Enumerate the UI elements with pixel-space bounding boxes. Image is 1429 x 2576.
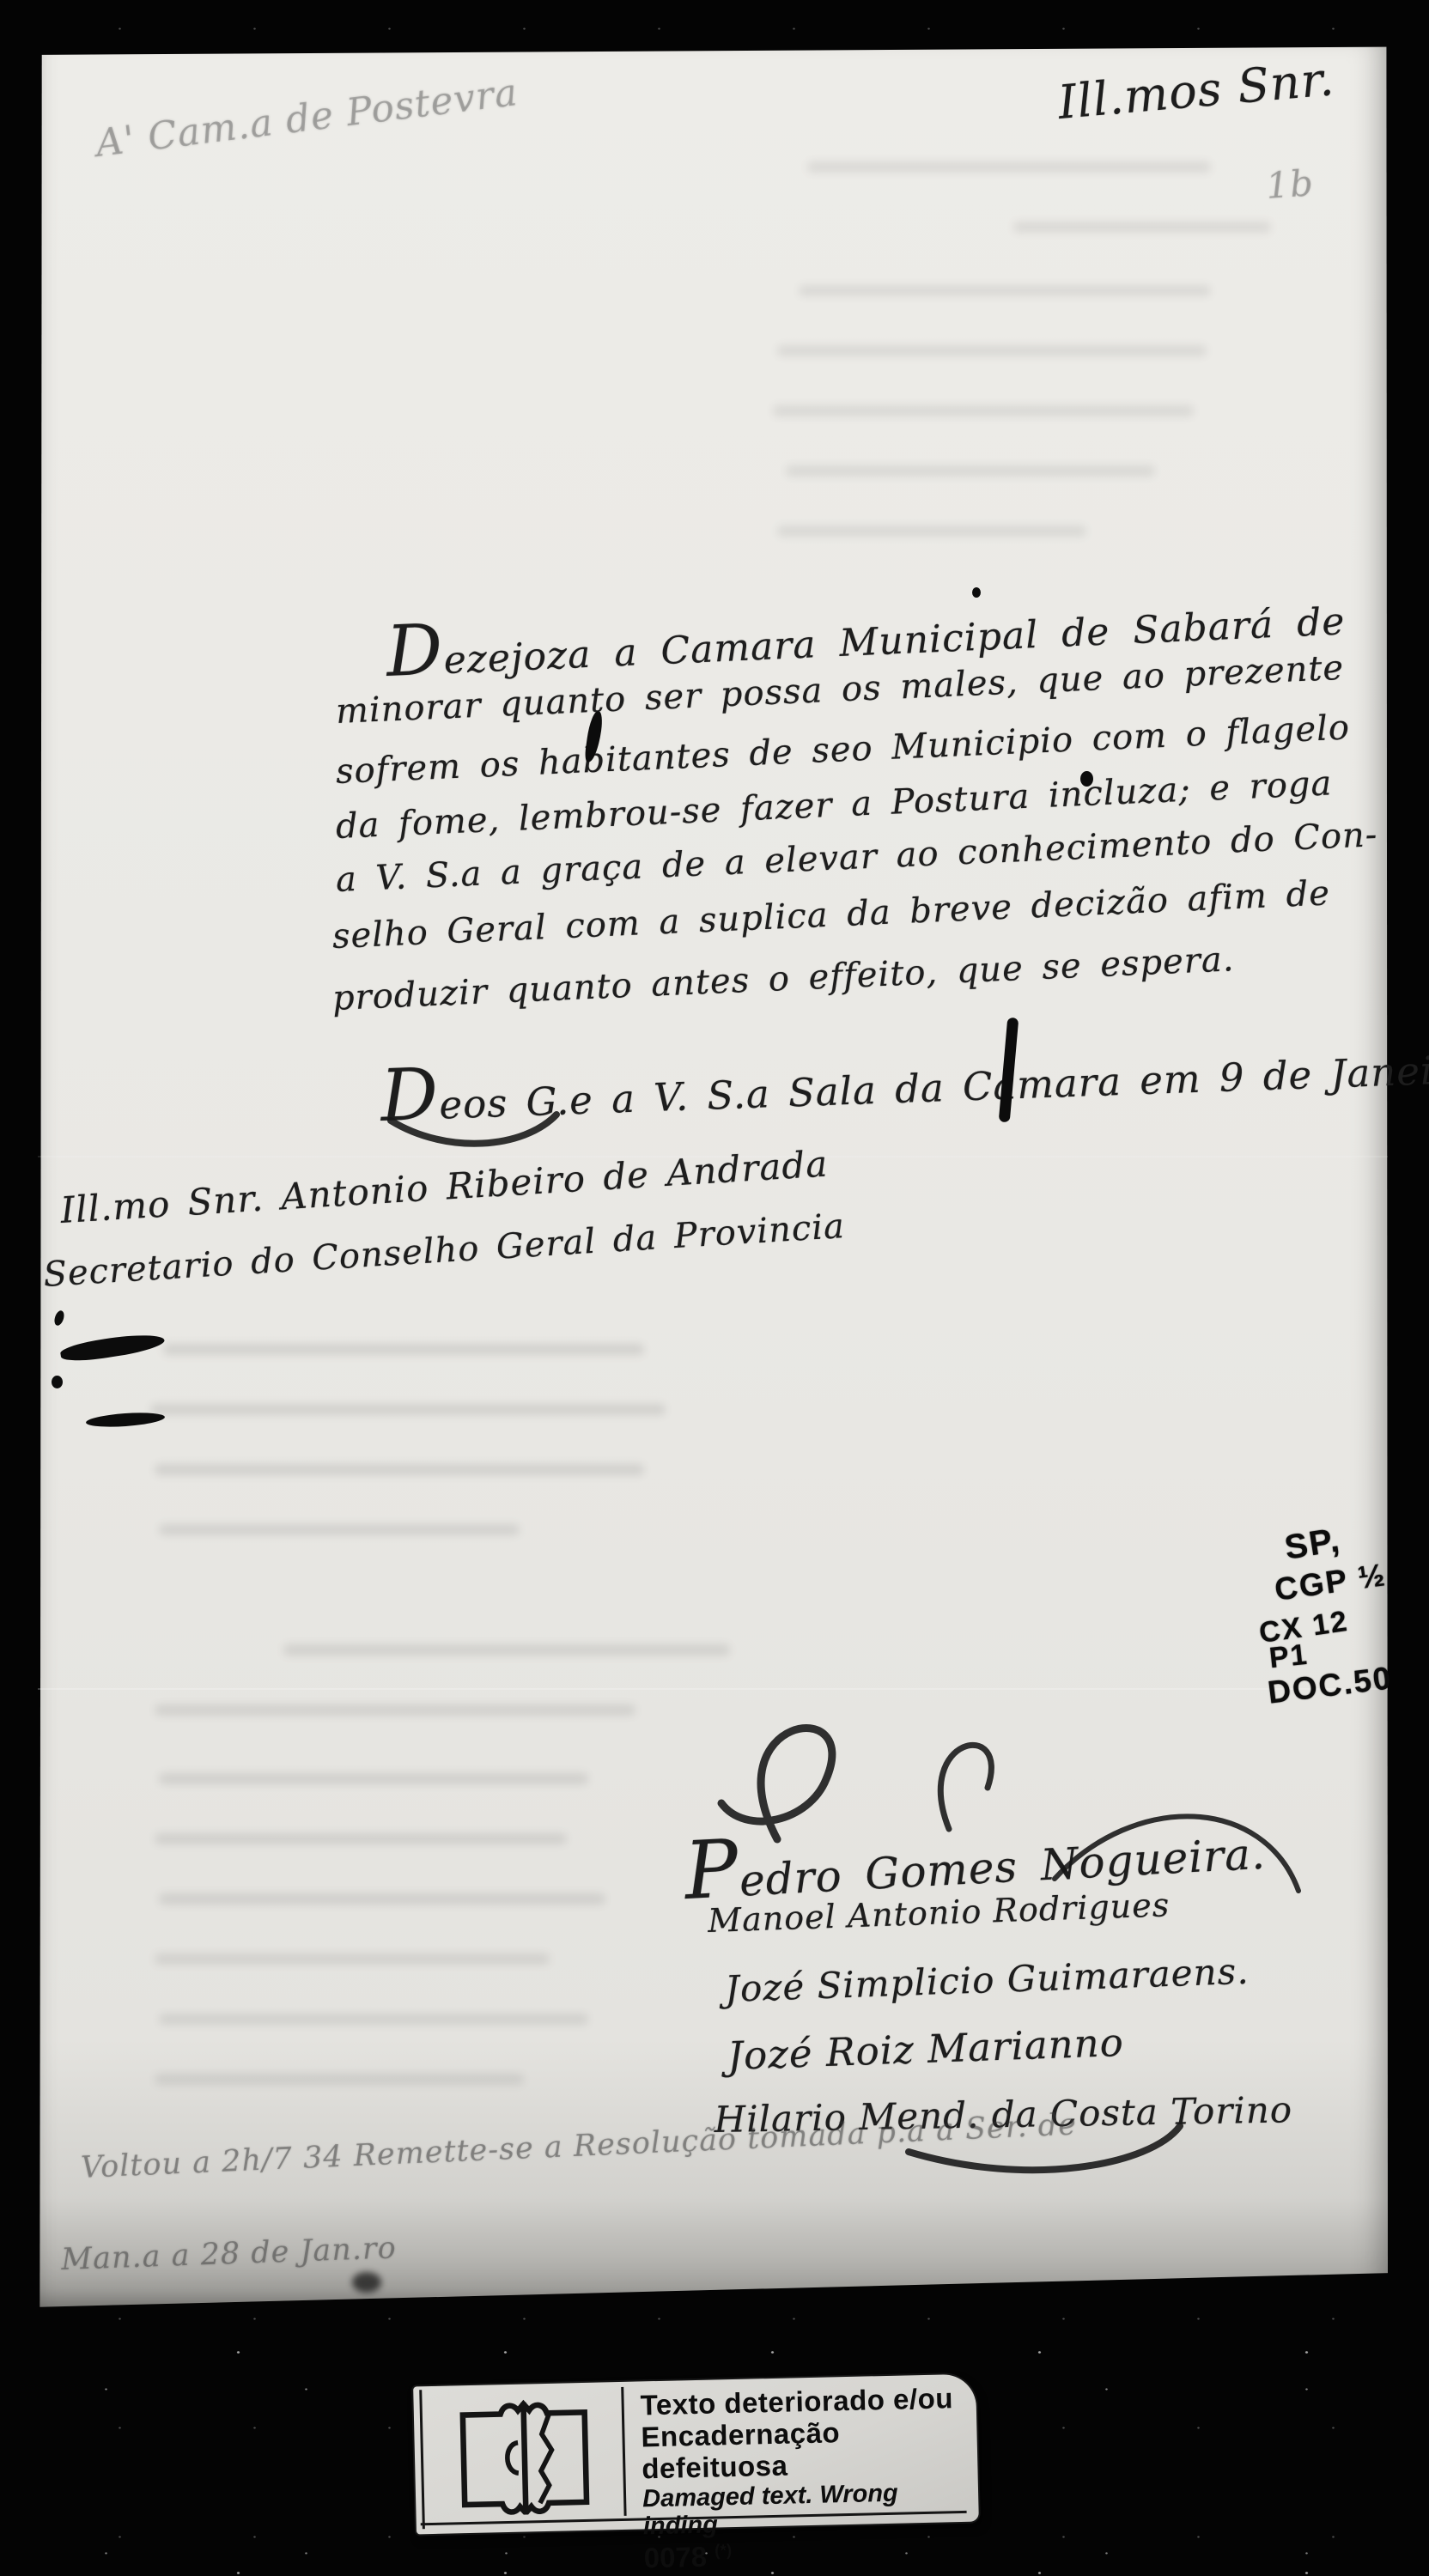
stamp-text-block: Texto deteriorado e/ou Encadernação defe… (640, 2383, 971, 2574)
stamp-number-line: 0078 (*) (643, 2536, 971, 2575)
bleedthrough-line (159, 1773, 588, 1784)
scanned-document-page: Ill.mos Snr. A' Cam.a de Postevra 1b Dez… (0, 0, 1429, 2576)
stamp-number-superscript: (*) (714, 2542, 733, 2560)
scan-artifact-line (38, 1688, 1388, 1690)
stamp-line-pt2: Encadernação defeituosa (641, 2415, 970, 2486)
ink-dot (1080, 771, 1093, 787)
bleedthrough-line (799, 285, 1211, 296)
bleedthrough-line (159, 1524, 520, 1535)
bleedthrough-line (773, 405, 1194, 416)
stamp-line-en: Damaged text. Wrong inding (642, 2478, 970, 2542)
ink-dot (972, 587, 981, 598)
bleedthrough-line (159, 2014, 588, 2025)
bleedthrough-line (155, 1704, 635, 1716)
bleedthrough-line (786, 465, 1155, 477)
bleedthrough-line (155, 1464, 644, 1475)
bleedthrough-line (155, 1833, 567, 1844)
stamp-left-rule (419, 2390, 425, 2529)
bleedthrough-line (807, 161, 1211, 173)
bleedthrough-line (155, 2074, 524, 2085)
damaged-book-icon (444, 2393, 601, 2517)
bleedthrough-line (1013, 222, 1271, 233)
bleedthrough-line (150, 1404, 666, 1415)
stamp-number: 0078 (643, 2541, 707, 2574)
edge-smudge (352, 2272, 381, 2293)
bleedthrough-line (163, 1344, 644, 1355)
archive-damage-stamp: Texto deteriorado e/ou Encadernação defe… (413, 2374, 979, 2535)
bleedthrough-line (777, 526, 1086, 537)
bleedthrough-line (159, 1893, 605, 1905)
bleedthrough-line (777, 345, 1207, 356)
bleedthrough-line (283, 1644, 730, 1656)
corner-folio-mark: 1b (1265, 161, 1316, 207)
margin-ink-dot (52, 1376, 63, 1388)
stamp-divider (621, 2387, 626, 2516)
bleedthrough-line (155, 1953, 550, 1965)
